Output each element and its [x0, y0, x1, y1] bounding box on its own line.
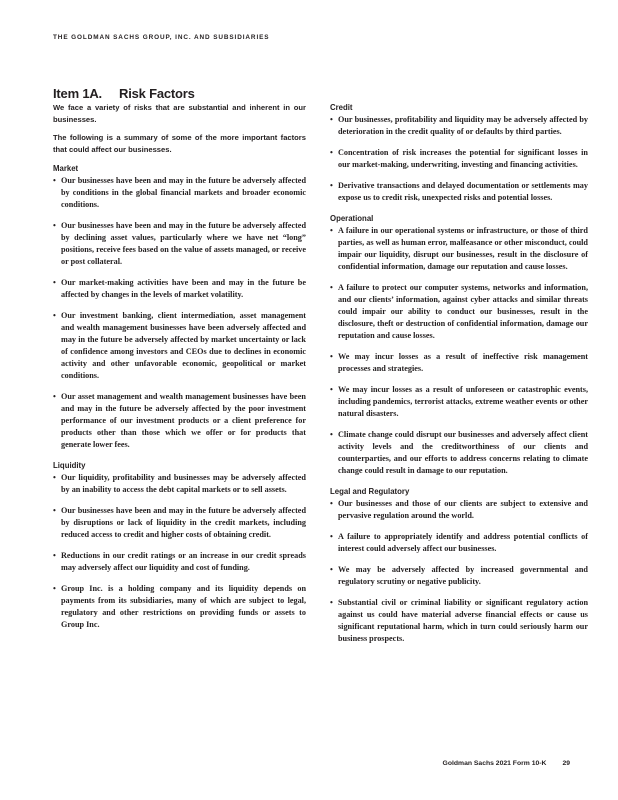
- list-item: •Our businesses, profitability and liqui…: [330, 114, 588, 138]
- bullet-icon: •: [53, 310, 56, 322]
- list-item: •A failure to appropriately identify and…: [330, 531, 588, 555]
- list-item: •Our businesses have been and may in the…: [53, 220, 306, 268]
- list-item: •We may incur losses as a result of unfo…: [330, 384, 588, 420]
- bullet-icon: •: [330, 564, 333, 576]
- list-item: •Derivative transactions and delayed doc…: [330, 180, 588, 204]
- bullet-icon: •: [330, 147, 333, 159]
- bullet-icon: •: [53, 175, 56, 187]
- list-item: •A failure to protect our computer syste…: [330, 282, 588, 342]
- list-item: •A failure in our operational systems or…: [330, 225, 588, 273]
- bullet-icon: •: [53, 550, 56, 562]
- bullet-icon: •: [53, 583, 56, 595]
- bullet-icon: •: [53, 277, 56, 289]
- list-item: •Our liquidity, profitability and busine…: [53, 472, 306, 496]
- list-item: •Group Inc. is a holding company and its…: [53, 583, 306, 631]
- market-risk-list: •Our businesses have been and may in the…: [53, 175, 306, 451]
- credit-risk-list: •Our businesses, profitability and liqui…: [330, 114, 588, 204]
- page-footer: Goldman Sachs 2021 Form 10-K29: [443, 760, 570, 767]
- bullet-icon: •: [53, 505, 56, 517]
- list-item: •Our investment banking, client intermed…: [53, 310, 306, 382]
- section-heading-credit: Credit: [330, 102, 588, 114]
- list-item: •Our businesses have been and may in the…: [53, 505, 306, 541]
- page-title: Item 1A. Risk Factors: [53, 86, 195, 101]
- list-item: •Climate change could disrupt our busine…: [330, 429, 588, 477]
- bullet-icon: •: [330, 180, 333, 192]
- list-item: •Substantial civil or criminal liability…: [330, 597, 588, 645]
- section-heading-legal-regulatory: Legal and Regulatory: [330, 486, 588, 498]
- list-item: •Our businesses and those of our clients…: [330, 498, 588, 522]
- bullet-icon: •: [330, 282, 333, 294]
- bullet-icon: •: [330, 384, 333, 396]
- bullet-icon: •: [330, 597, 333, 609]
- list-item: •Our businesses have been and may in the…: [53, 175, 306, 211]
- section-heading-market: Market: [53, 163, 306, 175]
- bullet-icon: •: [330, 531, 333, 543]
- bullet-icon: •: [330, 498, 333, 510]
- bullet-icon: •: [53, 220, 56, 232]
- list-item: •Our asset management and wealth managem…: [53, 391, 306, 451]
- list-item: •Our market-making activities have been …: [53, 277, 306, 301]
- page-number: 29: [562, 760, 570, 767]
- liquidity-risk-list: •Our liquidity, profitability and busine…: [53, 472, 306, 631]
- section-heading-liquidity: Liquidity: [53, 460, 306, 472]
- list-item: •We may incur losses as a result of inef…: [330, 351, 588, 375]
- list-item: •Reductions in our credit ratings or an …: [53, 550, 306, 574]
- legal-regulatory-risk-list: •Our businesses and those of our clients…: [330, 498, 588, 645]
- list-item: •Concentration of risk increases the pot…: [330, 147, 588, 171]
- intro-paragraph: We face a variety of risks that are subs…: [53, 102, 306, 126]
- bullet-icon: •: [330, 114, 333, 126]
- list-item: •We may be adversely affected by increas…: [330, 564, 588, 588]
- running-head: THE GOLDMAN SACHS GROUP, INC. AND SUBSID…: [53, 34, 269, 41]
- bullet-icon: •: [330, 225, 333, 237]
- section-heading-operational: Operational: [330, 213, 588, 225]
- right-column: Credit •Our businesses, profitability an…: [330, 102, 588, 654]
- left-column: We face a variety of risks that are subs…: [53, 102, 306, 640]
- operational-risk-list: •A failure in our operational systems or…: [330, 225, 588, 477]
- bullet-icon: •: [53, 472, 56, 484]
- bullet-icon: •: [330, 429, 333, 441]
- footer-label: Goldman Sachs 2021 Form 10-K: [443, 760, 547, 767]
- intro-paragraph: The following is a summary of some of th…: [53, 132, 306, 156]
- bullet-icon: •: [53, 391, 56, 403]
- bullet-icon: •: [330, 351, 333, 363]
